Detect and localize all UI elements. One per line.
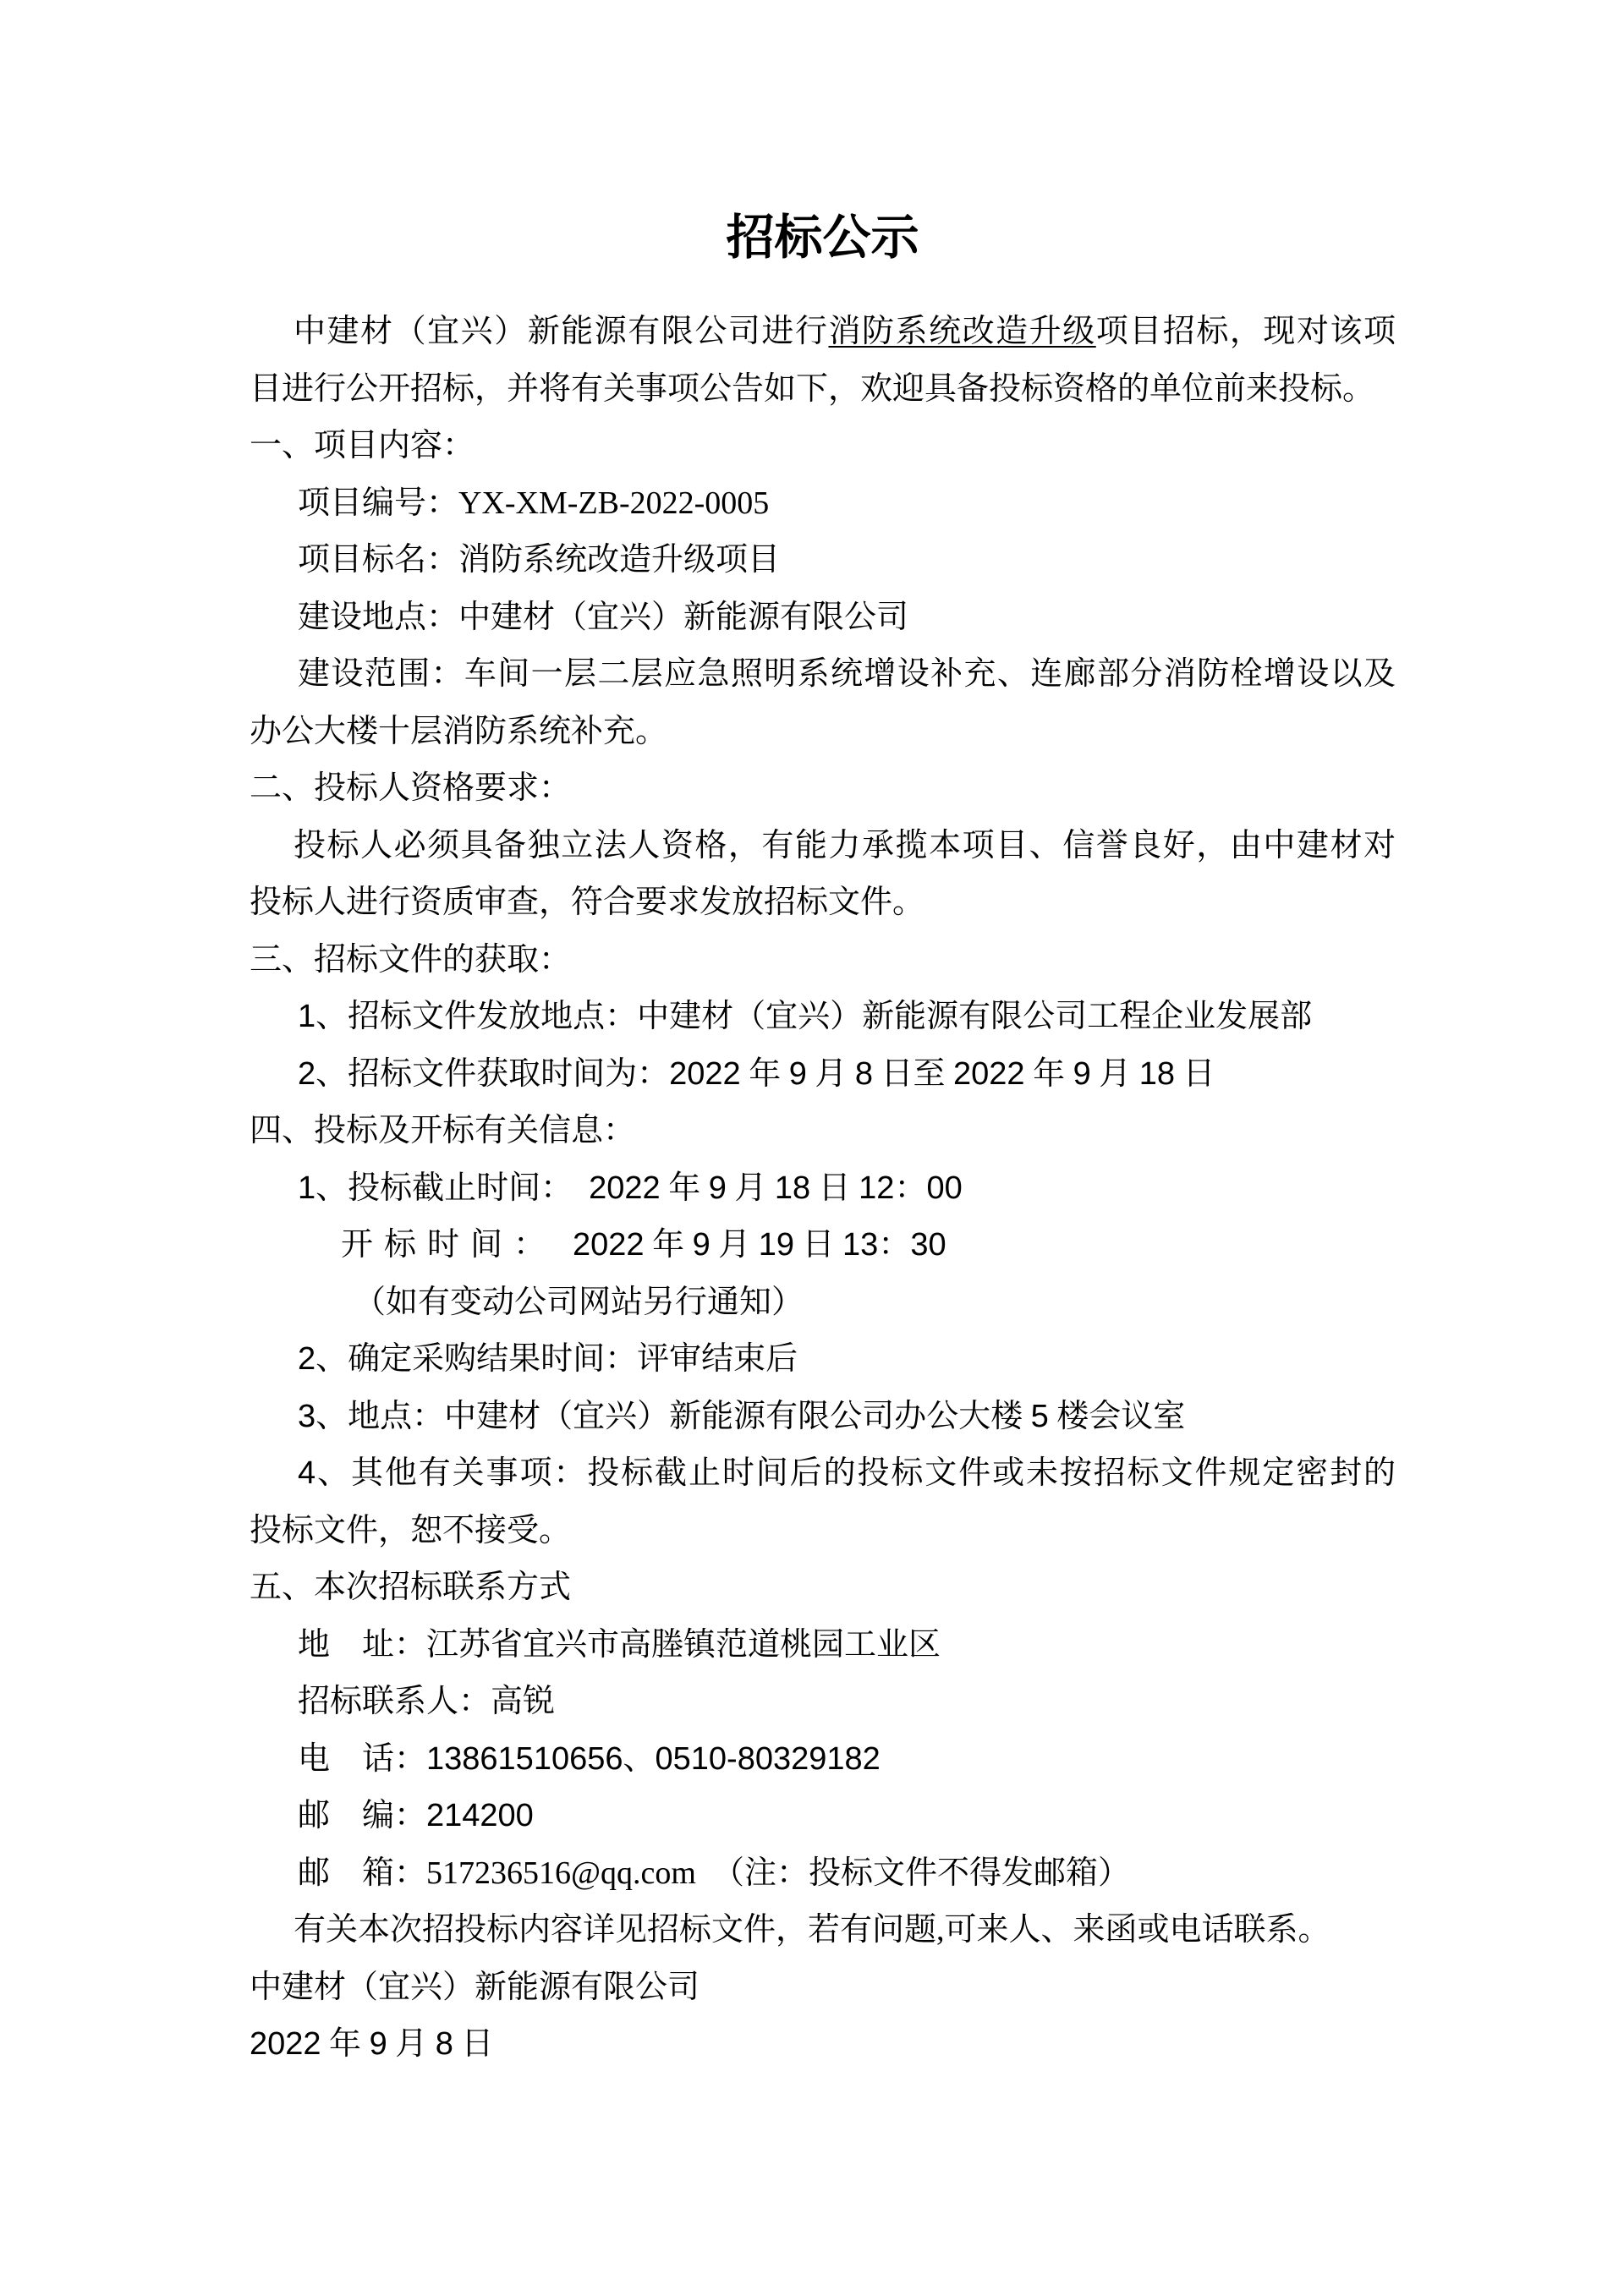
bid-deadline-seg-0: 1 <box>298 1170 315 1206</box>
doc-obtain-time-seg-9: 年 <box>1025 1056 1073 1092</box>
bid-opening-time-seg-7: 日 <box>794 1227 842 1263</box>
project-number-seg-0: 项目编号： <box>298 485 458 521</box>
contact-phone-seg-0: 电 话： <box>298 1741 426 1777</box>
bid-opening-location-seg-1: 、地点：中建材（宜兴）新能源有限公司办公大楼 <box>315 1399 1031 1434</box>
signature-date-seg-1: 年 <box>321 2026 370 2062</box>
contact-phone-seg-3: 0510-80329182 <box>656 1741 881 1777</box>
section-2-heading: 二、投标人资格要求： <box>250 760 1396 818</box>
bid-deadline-seg-4: 9 <box>709 1170 727 1206</box>
postal-code-seg-0: 邮 编： <box>298 1798 426 1833</box>
construction-site-seg-0: 建设地点：中建材（宜兴）新能源有限公司 <box>298 600 908 635</box>
construction-scope-line-2: 办公大楼十层消防系统补充。 <box>250 704 1396 761</box>
intro-line-1: 中建材（宜兴）新能源有限公司进行消防系统改造升级项目招标，现对该项 <box>250 304 1396 361</box>
procurement-result-time-seg-1: 、确定采购结果时间：评审结束后 <box>315 1341 798 1377</box>
intro-line-2-seg-0: 目进行公开招标，并将有关事项公告如下，欢迎具备投标资格的单位前来投标。 <box>250 371 1374 407</box>
other-matters-line-2: 投标文件，恕不接受。 <box>250 1503 1396 1560</box>
bid-deadline-seg-7: 日 <box>810 1170 859 1206</box>
bid-opening-time-seg-4: 9 <box>693 1227 710 1263</box>
contact-address: 地 址：江苏省宜兴市高塍镇范道桃园工业区 <box>250 1617 1396 1674</box>
contact-person-seg-0: 招标联系人：高锐 <box>298 1684 555 1719</box>
project-name: 项目标名：消防系统改造升级项目 <box>250 532 1396 589</box>
other-matters-line-2-seg-0: 投标文件，恕不接受。 <box>250 1513 571 1548</box>
contact-phone-seg-1: 13861510656 <box>426 1741 623 1777</box>
section-4-heading: 四、投标及开标有关信息： <box>250 1103 1396 1160</box>
doc-obtain-time-seg-12: 18 <box>1139 1056 1175 1092</box>
contact-phone-seg-2: 、 <box>623 1741 656 1777</box>
bid-deadline-seg-3: 年 <box>661 1170 709 1206</box>
bid-deadline: 1、投标截止时间： 2022 年 9 月 18 日 12：00 <box>250 1160 1396 1218</box>
bid-opening-time-seg-0: 开标时间： <box>341 1227 540 1263</box>
procurement-result-time: 2、确定采购结果时间：评审结束后 <box>250 1331 1396 1389</box>
contact-email: 邮 箱：517236516@qq.com （注：投标文件不得发邮箱） <box>250 1845 1396 1903</box>
section-3-heading-seg-0: 三、招标文件的获取： <box>250 942 571 978</box>
bidder-qualification-line-2: 投标人进行资质审查，符合要求发放招标文件。 <box>250 874 1396 932</box>
doc-obtain-time-seg-5: 月 <box>807 1056 855 1092</box>
bid-deadline-seg-5: 月 <box>727 1170 775 1206</box>
closing-note: 有关本次招投标内容详见招标文件，若有问题,可来人、来函或电话联系。 <box>250 1902 1396 1959</box>
doc-obtain-time-seg-10: 9 <box>1073 1056 1091 1092</box>
doc-obtain-time-seg-8: 2022 <box>953 1056 1025 1092</box>
signature-date: 2022 年 9 月 8 日 <box>250 2016 1396 2074</box>
bidder-qualification-line-2-seg-0: 投标人进行资质审查，符合要求发放招标文件。 <box>250 885 924 920</box>
signature-date-seg-4: 8 <box>436 2026 453 2062</box>
bid-opening-time-seg-6: 19 <box>759 1227 794 1263</box>
section-1-heading: 一、项目内容： <box>250 418 1396 475</box>
intro-line-2: 目进行公开招标，并将有关事项公告如下，欢迎具备投标资格的单位前来投标。 <box>250 361 1396 419</box>
project-number: 项目编号：YX-XM-ZB-2022-0005 <box>250 475 1396 533</box>
bid-opening-time-seg-1 <box>540 1227 573 1263</box>
signature-company: 中建材（宜兴）新能源有限公司 <box>250 1959 1396 2017</box>
bidder-qualification-line-1-seg-0: 投标人必须具备独立法人资格，有能力承揽本项目、信誉良好，由中建材对 <box>294 828 1396 863</box>
doc-issue-location-seg-0: 1 <box>298 999 315 1034</box>
change-notice: （如有变动公司网站另行通知） <box>250 1274 1396 1332</box>
doc-issue-location-seg-1: 、招标文件发放地点：中建材（宜兴）新能源有限公司工程企业发展部 <box>315 999 1312 1034</box>
bid-opening-time-seg-3: 年 <box>645 1227 693 1263</box>
bid-deadline-seg-8: 12 <box>859 1170 894 1206</box>
signature-date-seg-3: 月 <box>387 2026 436 2062</box>
doc-issue-location: 1、招标文件发放地点：中建材（宜兴）新能源有限公司工程企业发展部 <box>250 989 1396 1046</box>
document-body: 中建材（宜兴）新能源有限公司进行消防系统改造升级项目招标，现对该项目进行公开招标… <box>250 304 1396 2074</box>
doc-obtain-time: 2、招标文件获取时间为：2022 年 9 月 8 日至 2022 年 9 月 1… <box>250 1046 1396 1104</box>
section-5-heading-seg-0: 五、本次招标联系方式 <box>250 1570 571 1605</box>
construction-scope-line-1: 建设范围：车间一层二层应急照明系统增设补充、连廊部分消防栓增设以及 <box>250 646 1396 704</box>
contact-person: 招标联系人：高锐 <box>250 1674 1396 1731</box>
bid-opening-time-seg-5: 月 <box>710 1227 759 1263</box>
change-notice-seg-0: （如有变动公司网站另行通知） <box>354 1285 804 1320</box>
doc-obtain-time-seg-4: 9 <box>789 1056 807 1092</box>
doc-obtain-time-seg-3: 年 <box>741 1056 789 1092</box>
postal-code-seg-1: 214200 <box>426 1798 534 1833</box>
bid-opening-time-seg-9: ： <box>878 1227 910 1263</box>
doc-obtain-time-seg-13: 日 <box>1175 1056 1215 1092</box>
intro-line-1-seg-2: 项目招标，现对该项 <box>1096 314 1396 349</box>
signature-date-seg-0: 2022 <box>250 2026 321 2062</box>
project-name-seg-0: 项目标名：消防系统改造升级项目 <box>298 542 780 578</box>
section-5-heading: 五、本次招标联系方式 <box>250 1559 1396 1617</box>
section-3-heading: 三、招标文件的获取： <box>250 932 1396 989</box>
other-matters-line-1: 4、其他有关事项：投标截止时间后的投标文件或未按招标文件规定密封的 <box>250 1445 1396 1503</box>
bid-opening-time-seg-8: 13 <box>842 1227 878 1263</box>
bid-opening-time: 开标时间： 2022 年 9 月 19 日 13：30 <box>250 1217 1396 1274</box>
bid-deadline-seg-1: 、投标截止时间： <box>315 1170 589 1206</box>
document-title: 招标公示 <box>250 207 1396 268</box>
bid-opening-location-seg-3: 楼会议室 <box>1049 1399 1186 1434</box>
intro-line-1-seg-1: 消防系统改造升级 <box>828 314 1095 349</box>
construction-scope-line-1-seg-0: 建设范围：车间一层二层应急照明系统增设补充、连廊部分消防栓增设以及 <box>298 656 1396 692</box>
doc-obtain-time-seg-11: 月 <box>1091 1056 1139 1092</box>
signature-date-seg-2: 9 <box>370 2026 387 2062</box>
intro-line-1-seg-0: 中建材（宜兴）新能源有限公司进行 <box>294 314 828 349</box>
doc-obtain-time-seg-1: 、招标文件获取时间为： <box>315 1056 669 1092</box>
bid-deadline-seg-10: 00 <box>926 1170 962 1206</box>
doc-obtain-time-seg-0: 2 <box>298 1056 315 1092</box>
doc-obtain-time-seg-6: 8 <box>855 1056 873 1092</box>
bid-deadline-seg-2: 2022 <box>589 1170 661 1206</box>
section-2-heading-seg-0: 二、投标人资格要求： <box>250 770 571 806</box>
doc-obtain-time-seg-2: 2022 <box>669 1056 741 1092</box>
contact-email-seg-0: 邮 箱： <box>298 1855 426 1891</box>
other-matters-line-1-seg-0: 4 <box>298 1455 315 1491</box>
signature-company-seg-0: 中建材（宜兴）新能源有限公司 <box>250 1970 700 2005</box>
document-content: 招标公示 中建材（宜兴）新能源有限公司进行消防系统改造升级项目招标，现对该项目进… <box>250 207 1396 2074</box>
bidder-qualification-line-1: 投标人必须具备独立法人资格，有能力承揽本项目、信誉良好，由中建材对 <box>250 818 1396 875</box>
contact-email-seg-1: 517236516@qq.com <box>426 1855 696 1891</box>
contact-address-seg-0: 地 址：江苏省宜兴市高塍镇范道桃园工业区 <box>298 1627 941 1663</box>
procurement-result-time-seg-0: 2 <box>298 1341 315 1377</box>
contact-phone: 电 话：13861510656、0510-80329182 <box>250 1731 1396 1789</box>
construction-site: 建设地点：中建材（宜兴）新能源有限公司 <box>250 589 1396 647</box>
signature-date-seg-5: 日 <box>453 2026 494 2062</box>
bid-opening-location-seg-0: 3 <box>298 1399 315 1434</box>
contact-email-seg-2: （注：投标文件不得发邮箱） <box>696 1855 1130 1891</box>
document-page: 招标公示 中建材（宜兴）新能源有限公司进行消防系统改造升级项目招标，现对该项目进… <box>0 0 1624 2296</box>
bid-deadline-seg-9: ： <box>894 1170 926 1206</box>
construction-scope-line-2-seg-0: 办公大楼十层消防系统补充。 <box>250 714 667 749</box>
section-4-heading-seg-0: 四、投标及开标有关信息： <box>250 1113 635 1148</box>
bid-opening-time-seg-10: 30 <box>910 1227 946 1263</box>
closing-note-seg-0: 有关本次招投标内容详见招标文件，若有问题,可来人、来函或电话联系。 <box>294 1912 1330 1948</box>
project-number-seg-1: YX-XM-ZB-2022-0005 <box>458 485 769 521</box>
bid-deadline-seg-6: 18 <box>775 1170 810 1206</box>
bid-opening-location-seg-2: 5 <box>1031 1399 1049 1434</box>
bid-opening-location: 3、地点：中建材（宜兴）新能源有限公司办公大楼 5 楼会议室 <box>250 1389 1396 1446</box>
section-1-heading-seg-0: 一、项目内容： <box>250 428 475 463</box>
doc-obtain-time-seg-7: 日至 <box>873 1056 953 1092</box>
postal-code: 邮 编：214200 <box>250 1788 1396 1845</box>
other-matters-line-1-seg-1: 、其他有关事项：投标截止时间后的投标文件或未按招标文件规定密封的 <box>315 1455 1396 1491</box>
bid-opening-time-seg-2: 2022 <box>573 1227 645 1263</box>
